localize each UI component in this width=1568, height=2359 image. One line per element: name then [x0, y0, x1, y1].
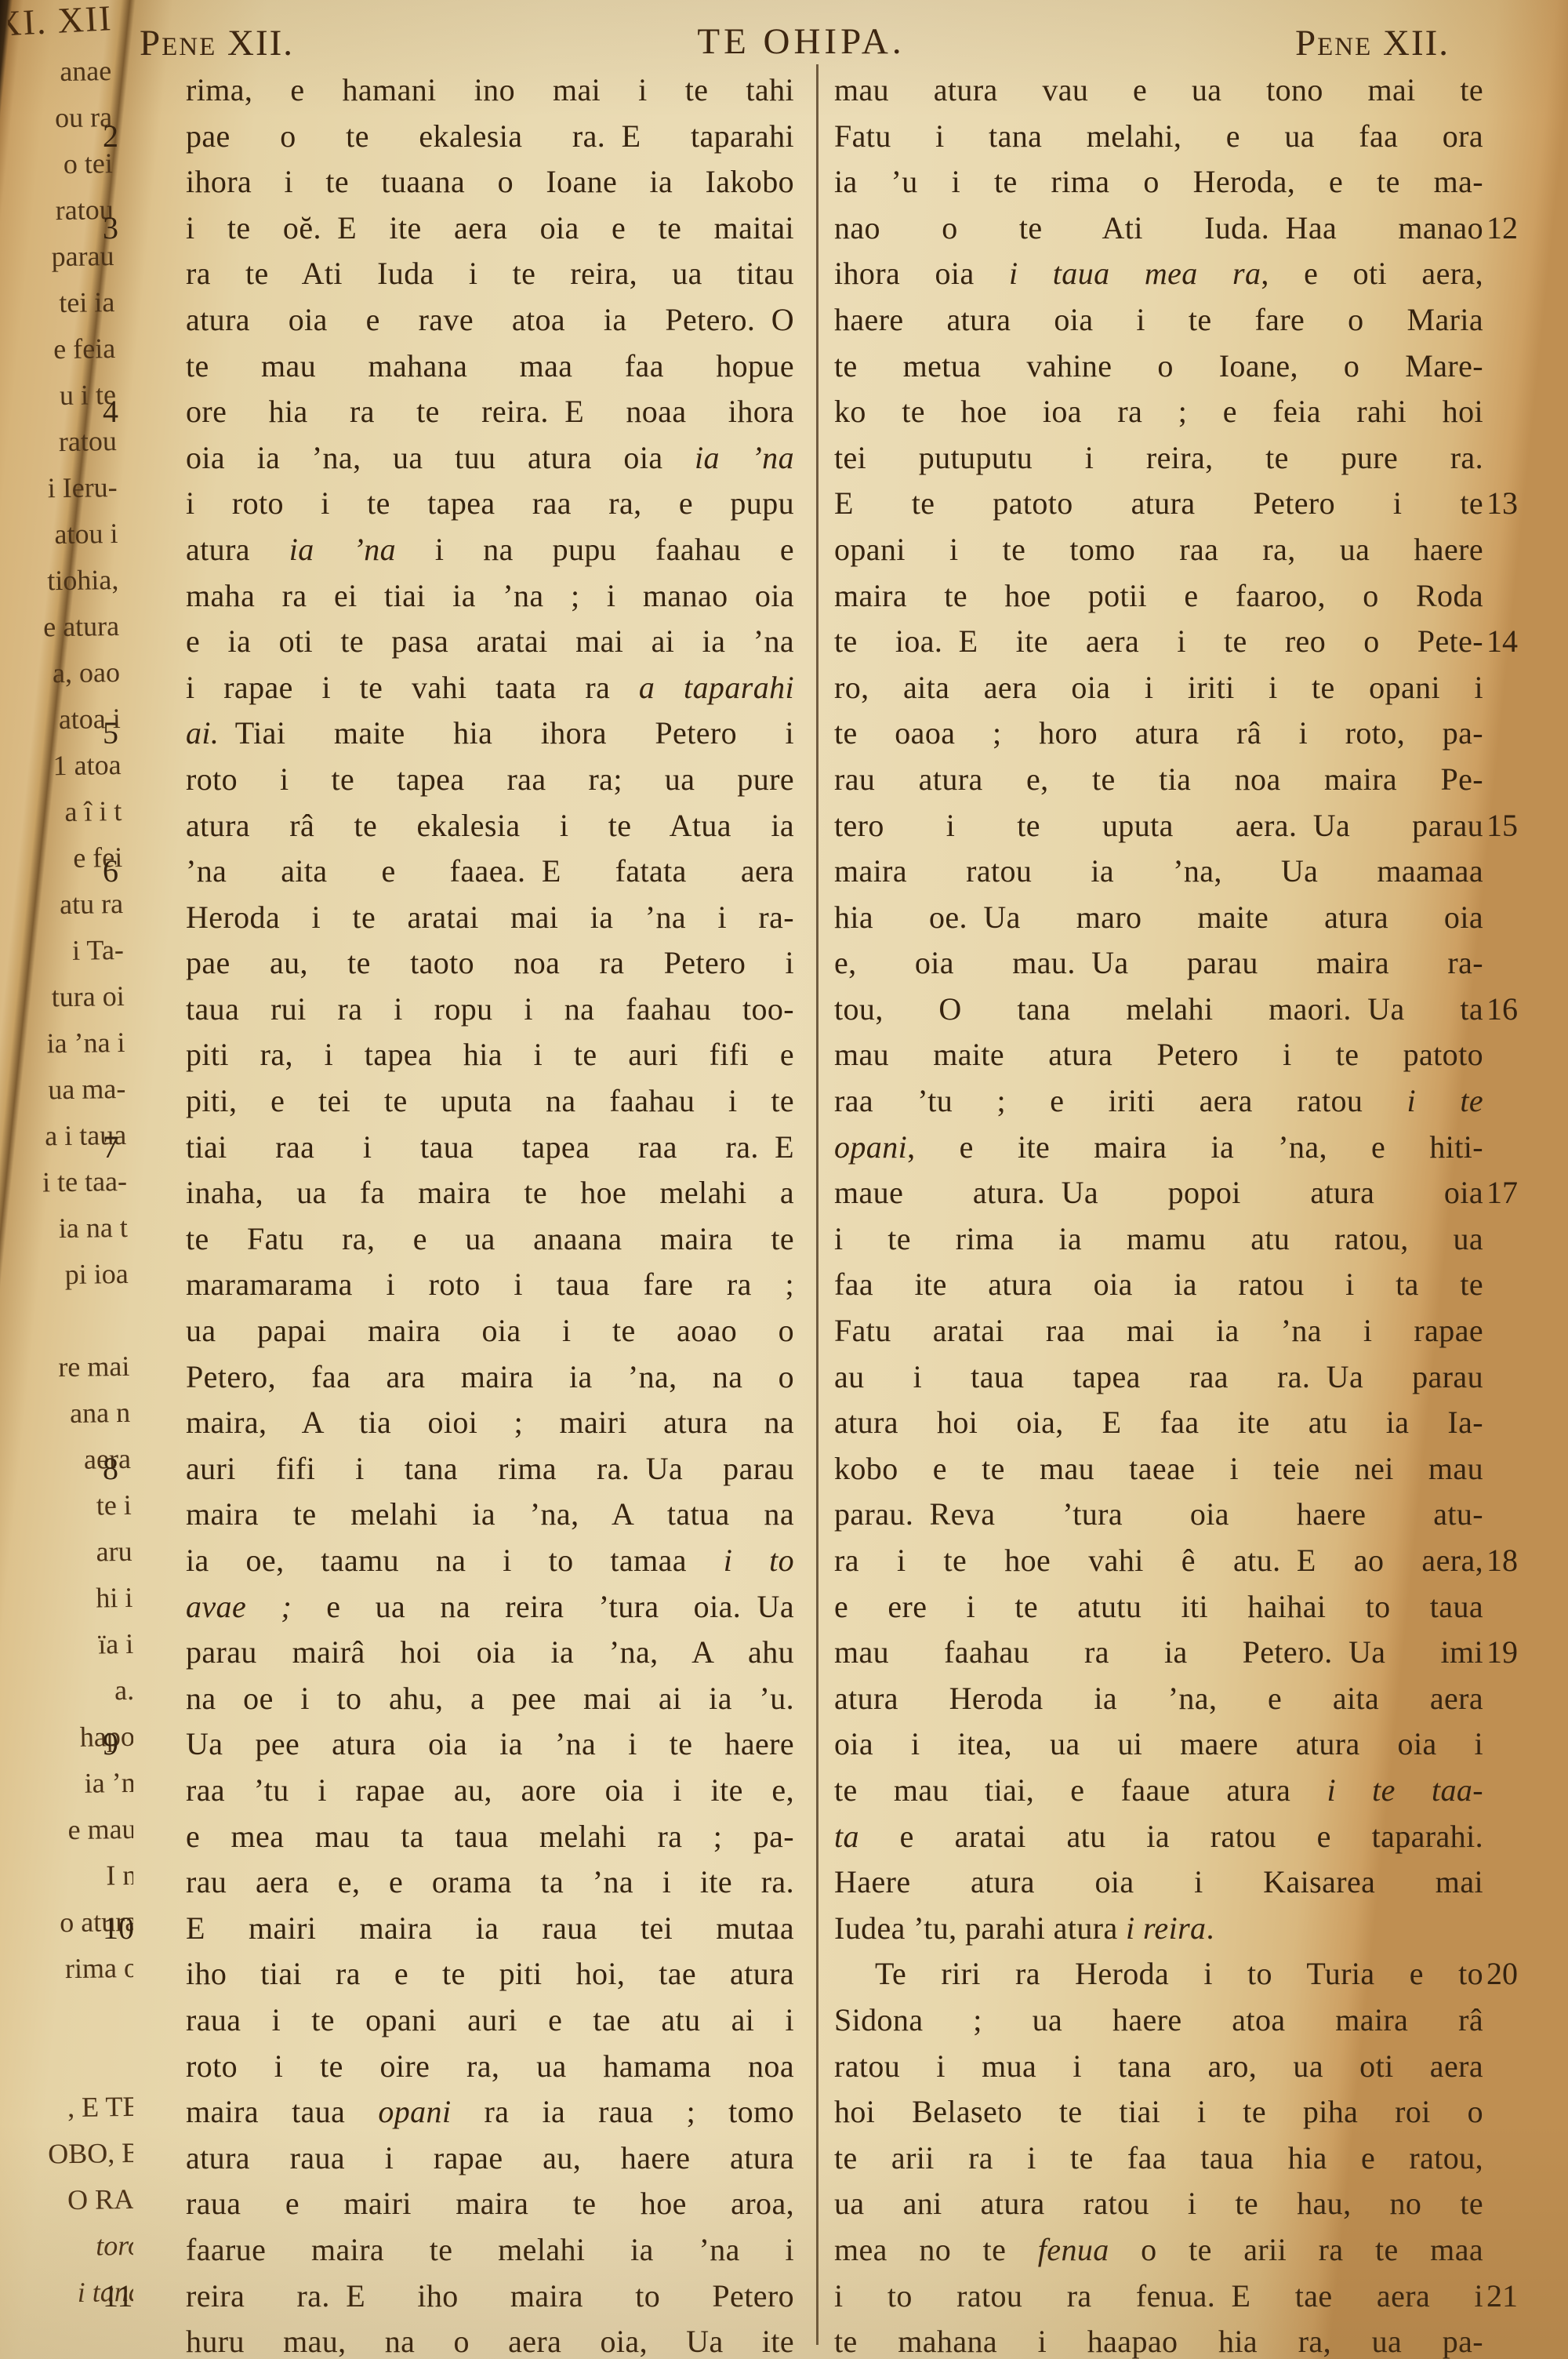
text-line: te mahana i haapao hia ra, ua pa-: [834, 2319, 1483, 2359]
text-line: te mau mahana maa faa hopue: [186, 343, 794, 390]
text-line: parau mairâ hoi oia ia ’na, A ahu: [186, 1630, 794, 1676]
spine-text-fragment: a î i t: [8, 788, 122, 836]
text-segment: tiai raa i taua tapea raa ra. E: [186, 1129, 794, 1165]
text-segment: ia oe, taamu na i to tamaa: [186, 1543, 724, 1578]
verse-number: 5: [103, 711, 172, 757]
text-line: maramarama i roto i taua fare ra ;: [186, 1262, 794, 1308]
previous-page-text-fragments: anaeou rao teiratouparautei iae feiau i …: [8, 48, 133, 2317]
text-line: Iudea ’tu, parahi atura i reira.: [834, 1906, 1483, 1952]
text-segment: e mea mau ta taua melahi ra ; pa-: [186, 1819, 794, 1854]
left-text-column: rima, e hamani ino mai i te tahi2pae o t…: [186, 67, 794, 2359]
text-segment: ia ’na: [695, 440, 794, 475]
text-segment: maue atura. Ua popoi atura oia: [834, 1175, 1483, 1210]
text-segment: maramarama i roto i taua fare ra ;: [186, 1267, 794, 1302]
text-line: 18ra i te hoe vahi ê atu. E ao aera,: [834, 1538, 1483, 1584]
text-line: maira taua opani ra ia raua ; tomo: [186, 2089, 794, 2135]
text-segment: pae o te ekalesia ra. E taparahi: [186, 118, 794, 154]
spine-text-fragment: ratou: [8, 418, 117, 466]
text-segment: ko te hoe ioa ra ; e feia rahi hoi: [834, 394, 1483, 429]
text-line: mea no te fenua o te arii ra te maa: [834, 2227, 1483, 2274]
text-line: 20Te riri ra Heroda i to Turia e to: [834, 1951, 1483, 1997]
text-line: rau aera e, e orama ta ’na i ite ra.: [186, 1859, 794, 1906]
text-segment: oia i itea, ua ui maere atura oia i: [834, 1726, 1483, 1761]
text-segment: raua i te opani auri e tae atu ai i: [186, 2002, 794, 2037]
spine-text-fragment: [20, 2037, 133, 2085]
spine-text-fragment: e mau: [16, 1806, 133, 1854]
text-segment: opani: [834, 1129, 907, 1165]
text-line: 10E mairi maira ia raua tei mutaa: [186, 1906, 794, 1952]
verse-number: 10: [103, 1906, 172, 1952]
text-segment: te mau mahana maa faa hopue: [186, 348, 794, 383]
text-segment: e ia oti te pasa aratai mai ai ia ’na: [186, 623, 794, 659]
text-segment: Te riri ra Heroda i to Turia e to: [875, 1956, 1483, 1991]
text-line: maira te melahi ia ’na, A tatua na: [186, 1492, 794, 1538]
text-line: oia i itea, ua ui maere atura oia i: [834, 1721, 1483, 1768]
text-segment: i na pupu faahau e: [396, 532, 794, 567]
verse-number: 6: [103, 849, 172, 895]
text-line: e, oia mau. Ua parau maira ra-: [834, 940, 1483, 987]
text-line: ratou i mua i tana aro, ua oti aera: [834, 2044, 1483, 2090]
text-segment: mea no te: [834, 2232, 1038, 2267]
text-line: 3i te oĕ. E ite aera oia e te maitai: [186, 205, 794, 252]
text-line: tei putuputu i reira, te pure ra.: [834, 435, 1483, 482]
text-segment: e aratai atu ia ratou e taparahi.: [859, 1819, 1483, 1854]
text-segment: Fatu i tana melahi, e ua faa ora: [834, 118, 1483, 154]
text-segment: i to ratou ra fenua. E tae aera i: [834, 2278, 1483, 2314]
text-line: i roto i te tapea raa ra, e pupu: [186, 481, 794, 527]
text-line: atura Heroda ia ’na, e aita aera: [834, 1676, 1483, 1722]
text-segment: te mahana i haapao hia ra, ua pa-: [834, 2324, 1483, 2359]
text-segment: ratou i mua i tana aro, ua oti aera: [834, 2048, 1483, 2084]
text-line: ua papai maira oia i te aoao o: [186, 1308, 794, 1354]
page-title: TE OHIPA.: [697, 20, 905, 63]
verse-number: 21: [1486, 2274, 1551, 2320]
text-line: ra te Ati Iuda i te reira, ua titau: [186, 251, 794, 297]
text-line: parau. Reva ’tura oia haere atu-: [834, 1492, 1483, 1538]
text-line: 7tiai raa i taua tapea raa ra. E: [186, 1125, 794, 1171]
text-segment: , e ite maira ia ’na, e hiti-: [907, 1129, 1483, 1165]
text-segment: Sidona ; ua haere atoa maira râ: [834, 2002, 1483, 2037]
spine-text-fragment: hi i: [13, 1575, 133, 1623]
spine-text-fragment: e feia: [8, 325, 116, 373]
text-segment: Fatu aratai raa mai ia ’na i rapae: [834, 1313, 1483, 1348]
verse-number: 11: [103, 2274, 172, 2320]
spine-text-fragment: rima o: [19, 1945, 133, 1993]
verse-number: 20: [1486, 1951, 1551, 1997]
text-line: inaha, ua fa maira te hoe melahi a: [186, 1170, 794, 1216]
text-segment: raua e mairi maira te hoe aroa,: [186, 2186, 794, 2221]
text-segment: ua papai maira oia i te aoao o: [186, 1313, 794, 1348]
text-line: te arii ra i te faa taua hia e ratou,: [834, 2135, 1483, 2182]
spine-text-fragment: toro: [23, 2223, 133, 2270]
text-line: maha ra ei tiai ia ’na ; i manao oia: [186, 573, 794, 620]
running-head-right: Pene XII.: [1295, 22, 1450, 64]
text-segment: i te: [1407, 1083, 1483, 1118]
text-segment: auri fifi i tana rima ra. Ua parau: [186, 1451, 794, 1486]
spine-text-fragment: u i te: [8, 372, 116, 420]
text-line: piti, e tei te uputa na faahau i te: [186, 1078, 794, 1125]
text-line: 8auri fifi i tana rima ra. Ua parau: [186, 1446, 794, 1492]
previous-page-running-head: XI. XII: [8, 0, 114, 45]
text-segment: Petero, faa ara maira ia ’na, na o: [186, 1359, 794, 1394]
text-line: raua i te opani auri e tae atu ai i: [186, 1997, 794, 2044]
text-line: raa ’tu i rapae au, aore oia i ite e,: [186, 1768, 794, 1814]
text-line: hia oe. Ua maro maite atura oia: [834, 895, 1483, 941]
text-segment: kobo e te mau taeae i teie nei mau: [834, 1451, 1483, 1486]
text-segment: haere atura oia i te fare o Maria: [834, 302, 1483, 337]
text-line: raua e mairi maira te hoe aroa,: [186, 2181, 794, 2227]
text-segment: atura hoi oia, E faa ite atu ia Ia-: [834, 1405, 1483, 1440]
text-segment: ia ’u i te rima o Heroda, e te ma-: [834, 164, 1483, 199]
text-line: faa ite atura oia ia ratou i ta te: [834, 1262, 1483, 1308]
column-divider-rule: [816, 64, 818, 2345]
text-segment: oia ia ’na, ua tuu atura oia: [186, 440, 695, 475]
text-segment: Ua pee atura oia ia ’na i te haere: [186, 1726, 794, 1761]
spine-text-fragment: aru: [13, 1528, 132, 1576]
spine-text-fragment: ua ma-: [8, 1066, 126, 1114]
text-segment: raa ’tu ; e iriti aera ratou: [834, 1083, 1407, 1118]
verse-number: 3: [103, 205, 172, 252]
text-segment: faa ite atura oia ia ratou i ta te: [834, 1267, 1483, 1302]
text-segment: mau atura vau e ua tono mai te: [834, 72, 1483, 107]
text-line: ua ani atura ratou i te hau, no te: [834, 2181, 1483, 2227]
verse-number: 18: [1486, 1538, 1551, 1584]
text-line: Fatu i tana melahi, e ua faa ora: [834, 114, 1483, 160]
text-line: avae ; e ua na reira ’tura oia. Ua: [186, 1584, 794, 1630]
text-segment: maira taua: [186, 2094, 378, 2129]
text-segment: inaha, ua fa maira te hoe melahi a: [186, 1175, 794, 1210]
spine-text-fragment: tei ia: [8, 279, 115, 327]
text-line: Haere atura oia i Kaisarea mai: [834, 1859, 1483, 1906]
spine-text-fragment: o tei: [8, 140, 113, 188]
text-line: maira te hoe potii e faaroo, o Roda: [834, 573, 1483, 620]
text-line: te Fatu ra, e ua anaana maira te: [186, 1216, 794, 1263]
text-line: rima, e hamani ino mai i te tahi: [186, 67, 794, 114]
verse-number: 19: [1486, 1630, 1551, 1676]
text-segment: E mairi maira ia raua tei mutaa: [186, 1910, 794, 1946]
text-segment: tero i te uputa aera. Ua parau: [834, 808, 1483, 843]
text-segment: reira ra. E iho maira to Petero: [186, 2278, 794, 2314]
text-line: iho tiai ra e te piti hoi, tae atura: [186, 1951, 794, 1997]
text-segment: a taparahi: [639, 670, 794, 705]
spine-text-fragment: pi ioa: [9, 1251, 129, 1299]
spine-text-fragment: O RA.: [22, 2176, 133, 2224]
text-line: 13E te patoto atura Petero i te: [834, 481, 1483, 527]
text-line: atura ia ’na i na pupu faahau e: [186, 527, 794, 573]
text-segment: i reira: [1126, 1910, 1206, 1946]
text-segment: e ere i te atutu iti haihai to taua: [834, 1589, 1483, 1624]
spine-text-fragment: ia ’na i: [8, 1020, 125, 1067]
text-line: taua rui ra i ropu i na faahau too-: [186, 987, 794, 1033]
text-segment: te oaoa ; horo atura râ i roto, pa-: [834, 715, 1483, 751]
spine-text-fragment: [9, 1297, 129, 1345]
text-segment: atura oia e rave atoa ia Petero. O: [186, 302, 794, 337]
text-line: i te rima ia mamu atu ratou, ua: [834, 1216, 1483, 1263]
text-segment: maira te hoe potii e faaroo, o Roda: [834, 578, 1483, 613]
text-segment: rima, e hamani ino mai i te tahi: [186, 72, 794, 107]
text-line: roto i te tapea raa ra; ua pure: [186, 757, 794, 803]
text-line: faarue maira te melahi ia ’na i: [186, 2227, 794, 2274]
text-segment: huru mau, na o aera oia, Ua ite: [186, 2324, 794, 2359]
text-segment: opani: [378, 2094, 451, 2129]
right-text-column: mau atura vau e ua tono mai teFatu i tan…: [834, 67, 1483, 2359]
text-segment: maira, A tia oioi ; mairi atura na: [186, 1405, 794, 1440]
verse-number: 9: [103, 1721, 172, 1768]
text-line: 17maue atura. Ua popoi atura oia: [834, 1170, 1483, 1216]
text-segment: ua ani atura ratou i te hau, no te: [834, 2186, 1483, 2221]
text-segment: o te arii ra te maa: [1109, 2232, 1483, 2267]
text-line: hoi Belaseto te tiai i te piha roi o: [834, 2089, 1483, 2135]
text-line: Fatu aratai raa mai ia ’na i rapae: [834, 1308, 1483, 1354]
text-line: te oaoa ; horo atura râ i roto, pa-: [834, 711, 1483, 757]
spine-text-fragment: ia na t: [8, 1205, 128, 1252]
text-line: Sidona ; ua haere atoa maira râ: [834, 1997, 1483, 2044]
spine-text-fragment: ïa i: [14, 1621, 133, 1669]
spine-text-fragment: I n: [17, 1852, 133, 1900]
text-segment: ’na aita e faaea. E fatata aera: [186, 853, 794, 889]
text-line: te mau tiai, e faaue atura i te taa-: [834, 1768, 1483, 1814]
text-segment: Tiai maite hia ihora Petero i: [219, 715, 794, 751]
text-segment: rau atura e, te tia noa maira Pe-: [834, 761, 1483, 797]
spine-text-fragment: ou ra: [8, 94, 112, 142]
text-line: roto i te oire ra, ua hamama noa: [186, 2044, 794, 2090]
verse-number: 4: [103, 389, 172, 435]
text-line: e ia oti te pasa aratai mai ai ia ’na: [186, 619, 794, 665]
spine-text-fragment: [19, 1991, 133, 2039]
text-segment: i taua mea ra: [1009, 256, 1261, 291]
text-line: 15tero i te uputa aera. Ua parau: [834, 803, 1483, 849]
spine-text-fragment: a.: [15, 1667, 133, 1715]
text-segment: piti, e tei te uputa na faahau i te: [186, 1083, 794, 1118]
text-segment: iho tiai ra e te piti hoi, tae atura: [186, 1956, 794, 1991]
text-segment: i to: [724, 1543, 794, 1578]
text-segment: maira ratou ia ’na, Ua maamaa: [834, 853, 1483, 889]
text-segment: atura: [186, 532, 289, 567]
text-line: 6’na aita e faaea. E fatata aera: [186, 849, 794, 895]
text-line: maira ratou ia ’na, Ua maamaa: [834, 849, 1483, 895]
text-segment: avae ;: [186, 1589, 292, 1624]
spine-text-fragment: ratou: [8, 187, 114, 234]
text-segment: Iudea ’tu, parahi atura: [834, 1910, 1126, 1946]
text-segment: roto i te tapea raa ra; ua pure: [186, 761, 794, 797]
text-line: e mea mau ta taua melahi ra ; pa-: [186, 1814, 794, 1860]
text-segment: hoi Belaseto te tiai i te piha roi o: [834, 2094, 1483, 2129]
verse-number: 15: [1486, 803, 1551, 849]
verse-number: 12: [1486, 205, 1551, 252]
text-line: na oe i to ahu, a pee mai ai ia ’u.: [186, 1676, 794, 1722]
verse-number: 13: [1486, 481, 1551, 527]
text-segment: ra ia raua ; tomo: [451, 2094, 794, 2129]
text-line: e ere i te atutu iti haihai to taua: [834, 1584, 1483, 1630]
text-segment: pae au, te taoto noa ra Petero i: [186, 945, 794, 980]
verse-number: 17: [1486, 1170, 1551, 1216]
text-line: atura raua i rapae au, haere atura: [186, 2135, 794, 2182]
text-line: Heroda i te aratai mai ia ’na i ra-: [186, 895, 794, 941]
text-segment: atura raua i rapae au, haere atura: [186, 2140, 794, 2175]
spine-text-fragment: e atura: [8, 603, 120, 651]
text-line: ta e aratai atu ia ratou e taparahi.: [834, 1814, 1483, 1860]
text-segment: e, oia mau. Ua parau maira ra-: [834, 945, 1483, 980]
text-segment: maira te melahi ia ’na, A tatua na: [186, 1496, 794, 1532]
text-segment: ihora oia: [834, 256, 1009, 291]
text-segment: parau. Reva ’tura oia haere atu-: [834, 1496, 1483, 1532]
text-segment: i te oĕ. E ite aera oia e te maitai: [186, 210, 794, 245]
text-segment: au i taua tapea raa ra. Ua parau: [834, 1359, 1483, 1394]
spine-text-fragment: parau: [8, 233, 114, 281]
text-segment: , e oti aera,: [1261, 256, 1483, 291]
text-segment: piti ra, i tapea hia i te auri fifi e: [186, 1037, 794, 1072]
text-segment: ra te Ati Iuda i te reira, ua titau: [186, 256, 794, 291]
spine-text-fragment: re mai: [10, 1343, 130, 1391]
text-segment: ai.: [186, 715, 219, 751]
text-line: ia oe, taamu na i to tamaa i to: [186, 1538, 794, 1584]
text-line: 2pae o te ekalesia ra. E taparahi: [186, 114, 794, 160]
text-segment: ta: [834, 1819, 859, 1854]
text-line: 16tou, O tana melahi maori. Ua ta: [834, 987, 1483, 1033]
text-line: oia ia ’na, ua tuu atura oia ia ’na: [186, 435, 794, 482]
text-segment: mau faahau ra ia Petero. Ua imi: [834, 1634, 1483, 1670]
spine-text-fragment: a, oao: [8, 649, 120, 697]
text-line: rau atura e, te tia noa maira Pe-: [834, 757, 1483, 803]
text-segment: hia oe. Ua maro maite atura oia: [834, 900, 1483, 935]
text-segment: Heroda i te aratai mai ia ’na i ra-: [186, 900, 794, 935]
text-line: au i taua tapea raa ra. Ua parau: [834, 1354, 1483, 1401]
text-segment: na oe i to ahu, a pee mai ai ia ’u.: [186, 1681, 794, 1716]
text-segment: maha ra ei tiai ia ’na ; i manao oia: [186, 578, 794, 613]
text-segment: opani i te tomo raa ra, ua haere: [834, 532, 1483, 567]
text-segment: rau aera e, e orama ta ’na i ite ra.: [186, 1864, 794, 1899]
text-segment: E te patoto atura Petero i te: [834, 485, 1483, 521]
text-line: atura hoi oia, E faa ite atu ia Ia-: [834, 1400, 1483, 1446]
text-line: 21i to ratou ra fenua. E tae aera i: [834, 2274, 1483, 2320]
text-line: haere atura oia i te fare o Maria: [834, 297, 1483, 343]
text-line: ro, aita aera oia i iriti i te opani i: [834, 665, 1483, 711]
text-segment: atura râ te ekalesia i te Atua ia: [186, 808, 794, 843]
text-segment: mau maite atura Petero i te patoto: [834, 1037, 1483, 1072]
text-line: kobo e te mau taeae i teie nei mau: [834, 1446, 1483, 1492]
text-line: ihora oia i taua mea ra, e oti aera,: [834, 251, 1483, 297]
text-line: huru mau, na o aera oia, Ua ite: [186, 2319, 794, 2359]
spine-text-fragment: i Ta-: [8, 927, 124, 975]
verse-number: 7: [103, 1125, 172, 1171]
text-line: ihora i te tuaana o Ioane ia Iakobo: [186, 159, 794, 205]
spine-text-fragment: i Ieru-: [8, 464, 118, 512]
running-head-left: Pene XII.: [140, 22, 294, 64]
text-segment: ore hia ra te reira. E noaa ihora: [186, 394, 794, 429]
verse-number: 2: [103, 114, 172, 160]
text-segment: i te taa-: [1327, 1772, 1483, 1808]
text-segment: fenua: [1038, 2232, 1109, 2267]
text-segment: te mau tiai, e faaue atura: [834, 1772, 1327, 1808]
text-line: opani, e ite maira ia ’na, e hiti-: [834, 1125, 1483, 1171]
text-line: mau atura vau e ua tono mai te: [834, 67, 1483, 114]
text-segment: parau mairâ hoi oia ia ’na, A ahu: [186, 1634, 794, 1670]
text-segment: ra i te hoe vahi ê atu. E ao aera,: [834, 1543, 1483, 1578]
text-line: 11reira ra. E iho maira to Petero: [186, 2274, 794, 2320]
spine-text-fragment: tura oi: [8, 973, 125, 1021]
text-segment: atura Heroda ia ’na, e aita aera: [834, 1681, 1483, 1716]
text-segment: e ua na reira ’tura oia. Ua: [292, 1589, 794, 1624]
text-segment: roto i te oire ra, ua hamama noa: [186, 2048, 794, 2084]
text-line: maira, A tia oioi ; mairi atura na: [186, 1400, 794, 1446]
text-line: 4ore hia ra te reira. E noaa ihora: [186, 389, 794, 435]
text-line: raa ’tu ; e iriti aera ratou i te: [834, 1078, 1483, 1125]
text-segment: i rapae i te vahi taata ra: [186, 670, 639, 705]
text-segment: ihora i te tuaana o Ioane ia Iakobo: [186, 164, 794, 199]
text-line: opani i te tomo raa ra, ua haere: [834, 527, 1483, 573]
text-line: piti ra, i tapea hia i te auri fifi e: [186, 1032, 794, 1078]
spine-text-fragment: anae: [8, 48, 112, 96]
text-line: i rapae i te vahi taata ra a taparahi: [186, 665, 794, 711]
text-line: ia ’u i te rima o Heroda, e te ma-: [834, 159, 1483, 205]
verse-number: 16: [1486, 987, 1551, 1033]
spine-text-fragment: tiohia,: [8, 557, 119, 605]
text-segment: tou, O tana melahi maori. Ua ta: [834, 991, 1483, 1027]
spine-text-fragment: , E TE: [20, 2084, 133, 2132]
verse-number: 8: [103, 1446, 172, 1492]
text-segment: te ioa. E ite aera i te reo o Pete-: [834, 623, 1483, 659]
text-line: pae au, te taoto noa ra Petero i: [186, 940, 794, 987]
text-line: 14te ioa. E ite aera i te reo o Pete-: [834, 619, 1483, 665]
text-segment: .: [1206, 1910, 1214, 1946]
book-page-scan: XI. XII anaeou rao teiratouparautei iae …: [0, 0, 1568, 2359]
text-segment: taua rui ra i ropu i na faahau too-: [186, 991, 794, 1027]
text-segment: te metua vahine o Ioane, o Mare-: [834, 348, 1483, 383]
text-segment: raa ’tu i rapae au, aore oia i ite e,: [186, 1772, 794, 1808]
text-line: 9Ua pee atura oia ia ’na i te haere: [186, 1721, 794, 1768]
text-segment: i te rima ia mamu atu ratou, ua: [834, 1221, 1483, 1256]
text-segment: i roto i te tapea raa ra, e pupu: [186, 485, 794, 521]
text-line: 5ai. Tiai maite hia ihora Petero i: [186, 711, 794, 757]
spine-text-fragment: atou i: [8, 511, 118, 558]
text-line: 12nao o te Ati Iuda. Haa manao: [834, 205, 1483, 252]
text-segment: ia ’na: [289, 532, 396, 567]
text-segment: te Fatu ra, e ua anaana maira te: [186, 1221, 794, 1256]
text-line: atura oia e rave atoa ia Petero. O: [186, 297, 794, 343]
verse-number: 14: [1486, 619, 1551, 665]
text-segment: nao o te Ati Iuda. Haa manao: [834, 210, 1483, 245]
text-line: ko te hoe ioa ra ; e feia rahi hoi: [834, 389, 1483, 435]
text-segment: faarue maira te melahi ia ’na i: [186, 2232, 794, 2267]
text-segment: ro, aita aera oia i iriti i te opani i: [834, 670, 1483, 705]
text-line: atura râ te ekalesia i te Atua ia: [186, 803, 794, 849]
text-segment: Haere atura oia i Kaisarea mai: [834, 1864, 1483, 1899]
previous-page-edge: XI. XII anaeou rao teiratouparautei iae …: [8, 0, 133, 2359]
spine-text-fragment: OBO, B: [21, 2130, 133, 2178]
text-line: te metua vahine o Ioane, o Mare-: [834, 343, 1483, 390]
spine-text-fragment: ana n: [11, 1390, 131, 1438]
text-line: Petero, faa ara maira ia ’na, na o: [186, 1354, 794, 1401]
text-segment: tei putuputu i reira, te pure ra.: [834, 440, 1483, 475]
text-line: mau maite atura Petero i te patoto: [834, 1032, 1483, 1078]
text-line: 19mau faahau ra ia Petero. Ua imi: [834, 1630, 1483, 1676]
text-segment: te arii ra i te faa taua hia e ratou,: [834, 2140, 1483, 2175]
